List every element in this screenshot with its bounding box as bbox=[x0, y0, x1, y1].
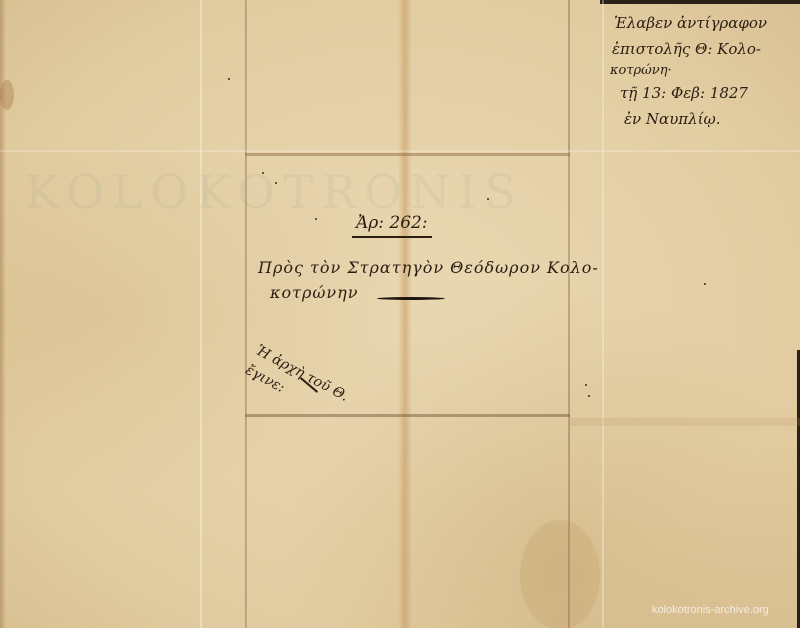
docket-line: Ἐλαβεν ἀντίγραφον bbox=[614, 10, 792, 36]
docket-date: τῇ 13: Φεβ: 1827 bbox=[620, 80, 792, 106]
docket-note: Ἐλαβεν ἀντίγραφον ἐπιστολῆς Θ: Κολο- κοτ… bbox=[612, 10, 792, 132]
docket-place: ἐν Ναυπλίῳ. bbox=[624, 106, 792, 132]
address-flourish bbox=[377, 297, 445, 300]
docket-line: κοτρώνη· bbox=[610, 62, 792, 80]
fold-line bbox=[245, 414, 570, 417]
address-line-1: Πρὸς τὸν Στρατηγὸν Θεόδωρον Κολο- bbox=[258, 258, 599, 277]
water-stain bbox=[0, 80, 14, 110]
fold-line bbox=[602, 0, 604, 628]
scan-border-top bbox=[600, 0, 800, 4]
fold-line bbox=[0, 150, 800, 152]
fold-line bbox=[245, 153, 570, 156]
fold-line bbox=[398, 0, 412, 628]
fold-line bbox=[200, 0, 202, 628]
fold-line bbox=[570, 418, 800, 426]
water-stain bbox=[520, 520, 600, 628]
archive-credit: kolokotronis-archive.org bbox=[652, 604, 769, 616]
letter-sheet: KOLOKOTRONIS Ἐλαβεν ἀντίγραφον ἐπιστολῆς… bbox=[0, 0, 800, 628]
reference-number: Ἀρ: 262: bbox=[356, 213, 428, 233]
fold-line bbox=[245, 0, 247, 628]
paper-watermark: KOLOKOTRONIS bbox=[25, 165, 524, 219]
docket-line: ἐπιστολῆς Θ: Κολο- bbox=[612, 36, 792, 62]
address-line-2: κοτρώνην bbox=[270, 283, 358, 302]
reference-underline bbox=[352, 236, 432, 238]
